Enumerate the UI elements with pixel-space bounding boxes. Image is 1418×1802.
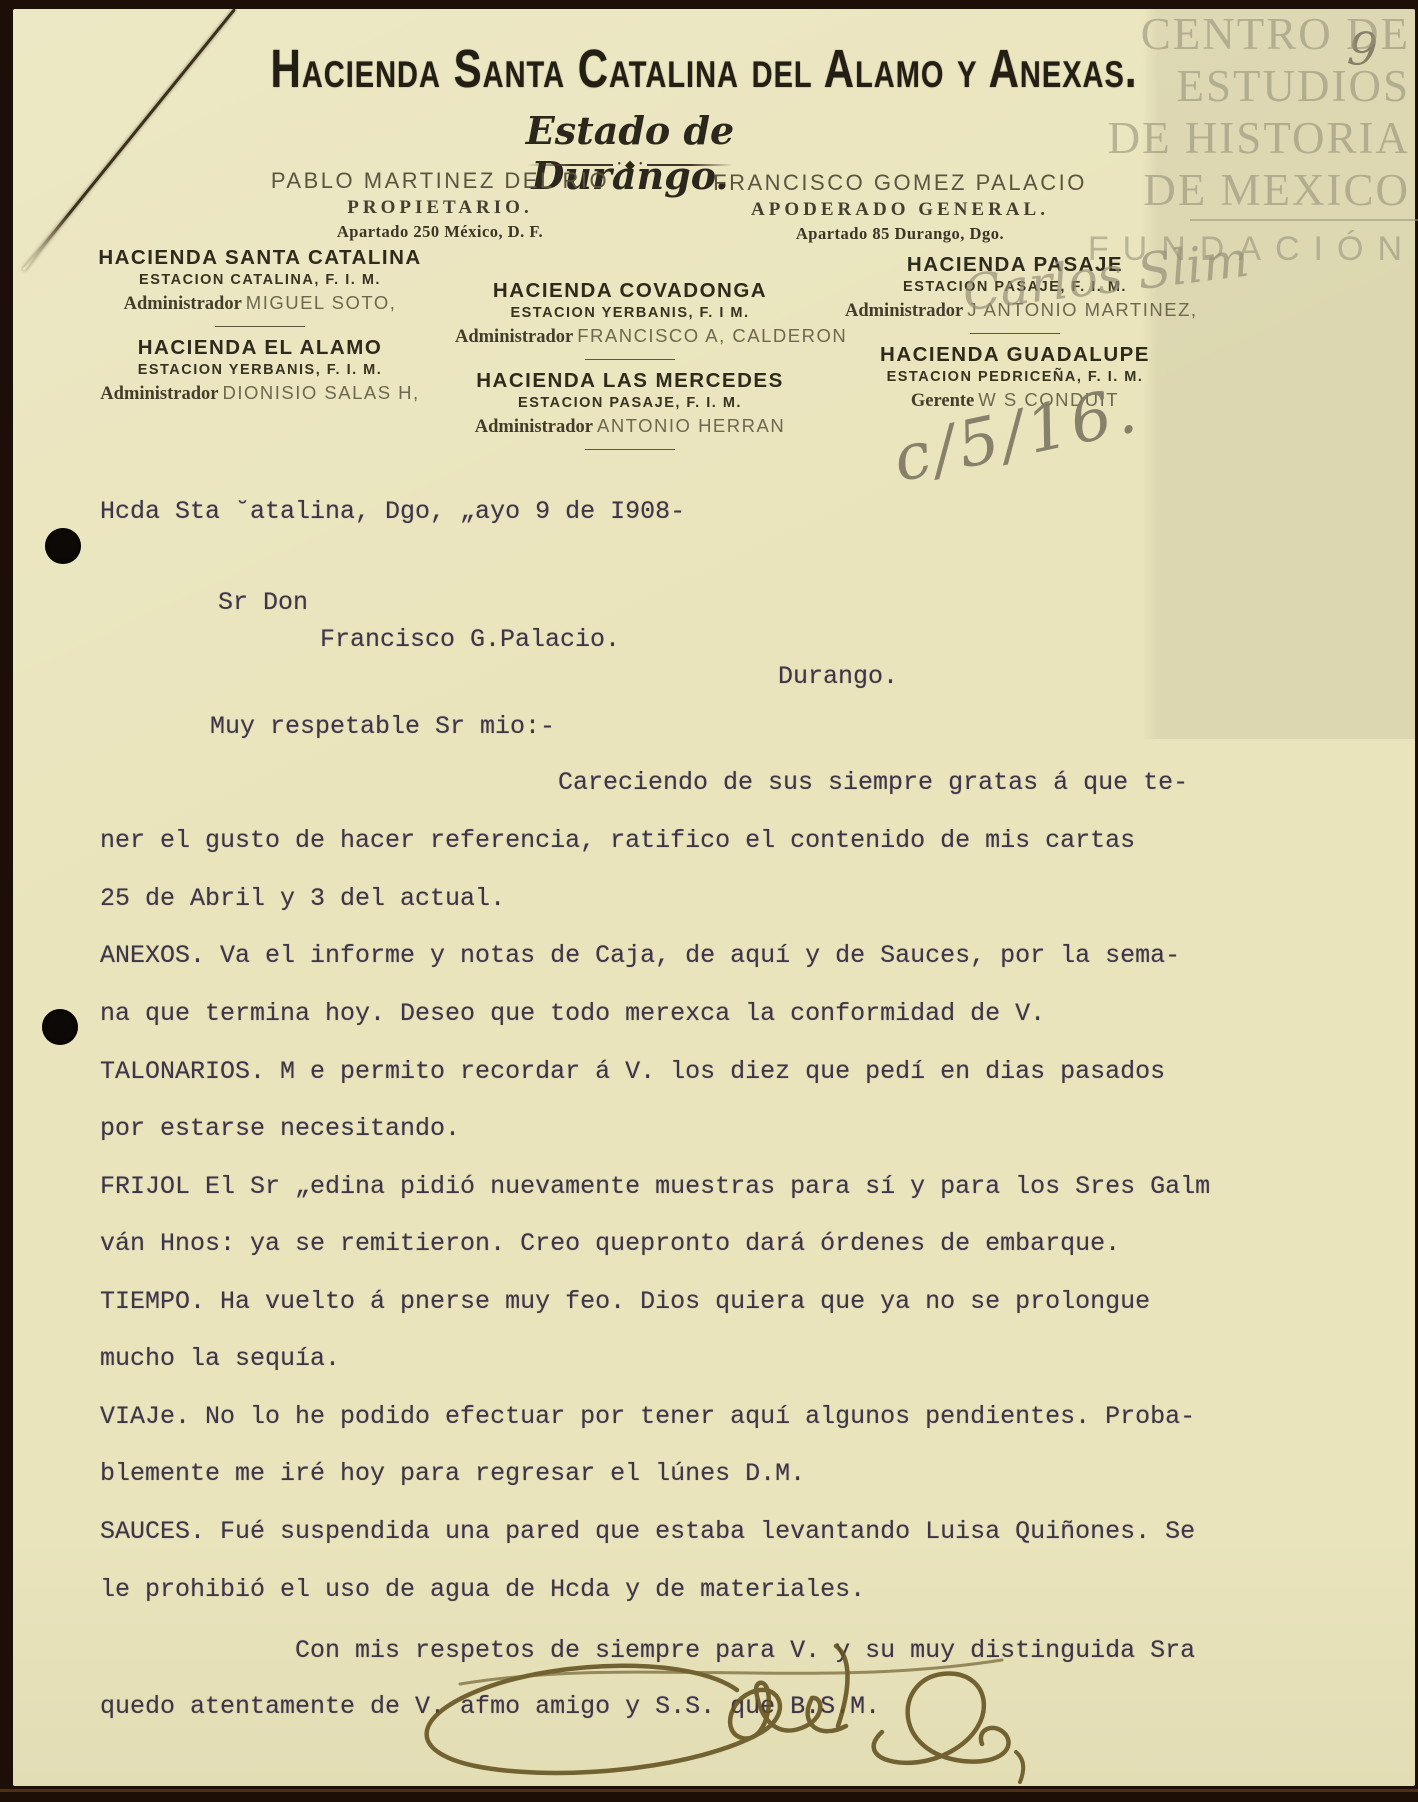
hacienda-name: HACIENDA GUADALUPE [845,343,1185,367]
typed-line: Francisco G.Palacio. [320,625,620,655]
hacienda-admin: Administrador ANTONIO HERRAN [455,414,805,440]
hacienda-station: ESTACION PEDRICEÑA, F. I. M. [845,367,1185,387]
typed-line: na que termina hoy. Deseo que todo merex… [100,999,1045,1029]
typed-line: ván Hnos: ya se remitieron. Creo quepron… [100,1229,1120,1259]
typed-line: ner el gusto de hacer referencia, ratifi… [100,826,1135,856]
hacienda-station: ESTACION YERBANIS, F. I. M. [95,360,425,380]
hacienda-name: HACIENDA COVADONGA [455,279,805,303]
hacienda-station: ESTACION PASAJE, F. I. M. [455,393,805,413]
agent-address: Apartado 85 Durango, Dgo. [690,224,1110,244]
admin-role: Administrador [455,327,573,347]
punch-hole [45,528,81,564]
typed-line: TIEMPO. Ha vuelto á pnerse muy feo. Dios… [100,1287,1150,1317]
agent-name: FRANCISCO GOMEZ PALACIO [690,170,1110,196]
typed-line: Sr Don [218,588,308,618]
typed-line: VIAJe. No lo he podido efectuar por tene… [100,1402,1195,1432]
typed-line: le prohibió el uso de agua de Hcda y de … [100,1575,865,1605]
typed-dateline: Hcda Sta ˘atalina, Dgo, „ayo 9 de I908- [100,497,685,527]
block-divider [215,326,305,327]
hacienda-block: HACIENDA SANTA CATALINA ESTACION CATALIN… [95,246,425,317]
typed-line: 25 de Abril y 3 del actual. [100,884,505,914]
admin-role: Administrador [124,294,242,314]
punch-hole [42,1009,78,1045]
hacienda-block: HACIENDA COVADONGA ESTACION YERBANIS, F.… [455,279,805,350]
admin-role: Administrador [845,301,963,321]
typed-line: SAUCES. Fué suspendida una pared que est… [100,1517,1195,1547]
scanned-letter-page: CENTRO DE ESTUDIOS DE HISTORIA DE MEXICO… [0,0,1418,1802]
typed-line: Durango. [778,662,898,692]
hacienda-name: HACIENDA SANTA CATALINA [95,246,425,270]
hacienda-column-left: HACIENDA SANTA CATALINA ESTACION CATALIN… [95,246,425,407]
proprietor-address: Apartado 250 México, D. F. [230,222,650,242]
ornament-line [647,164,733,166]
typed-line: por estarse necesitando. [100,1114,460,1144]
admin-person: DIONISIO SALAS H, [223,382,420,403]
ornament-line [527,164,613,166]
hacienda-admin: Administrador DIONISIO SALAS H, [95,381,425,407]
hacienda-station: ESTACION CATALINA, F. I. M. [95,270,425,290]
hacienda-station: ESTACION YERBANIS, F. I M. [455,303,805,323]
admin-person: ANTONIO HERRAN [597,415,785,436]
block-divider [585,449,675,450]
hacienda-block: HACIENDA PASAJE ESTACION PASAJE, F. I. M… [845,253,1185,324]
typed-line: Careciendo de sus siempre gratas á que t… [558,768,1188,798]
admin-role: Administrador [475,417,593,437]
pencil-page-number: 9 [1345,21,1380,78]
hacienda-block: HACIENDA EL ALAMO ESTACION YERBANIS, F. … [95,336,425,407]
typed-line: blemente me iré hoy para regresar el lún… [100,1459,805,1489]
letterhead-title: Hacienda Santa Catalina del Alamo y Anex… [60,42,1348,96]
proprietor-name: PABLO MARTINEZ DEL RIO [230,168,650,194]
block-divider [970,333,1060,334]
hacienda-name: HACIENDA LAS MERCEDES [455,369,805,393]
proprietor-block: PABLO MARTINEZ DEL RIO PROPIETARIO. Apar… [230,168,650,242]
hacienda-name: HACIENDA EL ALAMO [95,336,425,360]
signature-flourish [390,1640,1050,1790]
agent-block: FRANCISCO GOMEZ PALACIO APODERADO GENERA… [690,170,1110,244]
hacienda-column-center: HACIENDA COVADONGA ESTACION YERBANIS, F.… [455,279,805,459]
hacienda-admin: Administrador J ANTONIO MARTINEZ, [845,298,1185,324]
typed-line: FRIJOL El Sr „edina pidió nuevamente mue… [100,1172,1210,1202]
admin-person: MIGUEL SOTO, [246,292,397,313]
hacienda-admin: Administrador FRANCISCO A, CALDERON [455,324,805,350]
agent-role: APODERADO GENERAL. [690,199,1110,221]
typed-line: TALONARIOS. M e permito recordar á V. lo… [100,1057,1165,1087]
hacienda-name: HACIENDA PASAJE [845,253,1185,277]
block-divider [585,359,675,360]
admin-person: J ANTONIO MARTINEZ, [967,299,1197,320]
typed-line: ANEXOS. Va el informe y notas de Caja, d… [100,941,1180,971]
hacienda-station: ESTACION PASAJE, F. I. M. [845,277,1185,297]
proprietor-role: PROPIETARIO. [230,197,650,219]
typed-line: Muy respetable Sr mio:- [210,712,555,742]
typed-line: mucho la sequía. [100,1344,340,1374]
admin-person: FRANCISCO A, CALDERON [577,325,847,346]
hacienda-admin: Administrador MIGUEL SOTO, [95,291,425,317]
admin-role: Administrador [100,384,218,404]
hacienda-block: HACIENDA LAS MERCEDES ESTACION PASAJE, F… [455,369,805,440]
